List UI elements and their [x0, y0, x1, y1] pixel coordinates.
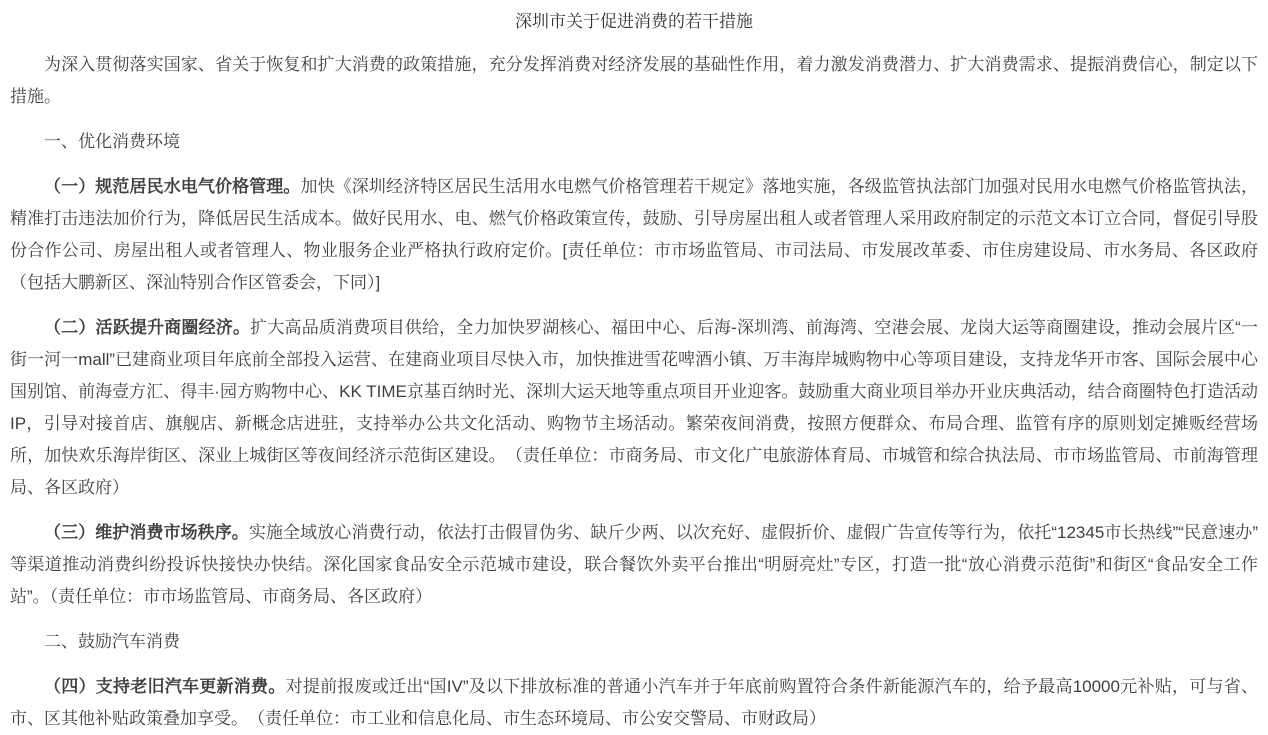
measure-item-1-lead: （一）规范居民水电气价格管理。 — [44, 177, 301, 196]
measure-item-3: （三）维护消费市场秩序。实施全域放心消费行动，依法打击假冒伪劣、缺斤少两、以次充… — [10, 517, 1258, 613]
intro-paragraph: 为深入贯彻落实国家、省关于恢复和扩大消费的政策措施，充分发挥消费对经济发展的基础… — [10, 49, 1258, 113]
measure-item-2: （二）活跃提升商圈经济。扩大高品质消费项目供给，全力加快罗湖核心、福田中心、后海… — [10, 312, 1258, 504]
measure-item-2-lead: （二）活跃提升商圈经济。 — [44, 318, 250, 337]
measure-item-2-body: 扩大高品质消费项目供给，全力加快罗湖核心、福田中心、后海-深圳湾、前海湾、空港会… — [10, 318, 1258, 497]
section-heading-1: 一、优化消费环境 — [10, 126, 1258, 158]
measure-item-4: （四）支持老旧汽车更新消费。对提前报废或迁出“国IV”及以下排放标准的普通小汽车… — [10, 671, 1258, 735]
measure-item-4-lead: （四）支持老旧汽车更新消费。 — [44, 677, 286, 696]
section-heading-2: 二、鼓励汽车消费 — [10, 626, 1258, 658]
document-title: 深圳市关于促进消费的若干措施 — [10, 10, 1258, 34]
document-page: 深圳市关于促进消费的若干措施 为深入贯彻落实国家、省关于恢复和扩大消费的政策措施… — [0, 0, 1268, 735]
measure-item-3-lead: （三）维护消费市场秩序。 — [44, 523, 249, 542]
measure-item-1: （一）规范居民水电气价格管理。加快《深圳经济特区居民生活用水电燃气价格管理若干规… — [10, 171, 1258, 299]
